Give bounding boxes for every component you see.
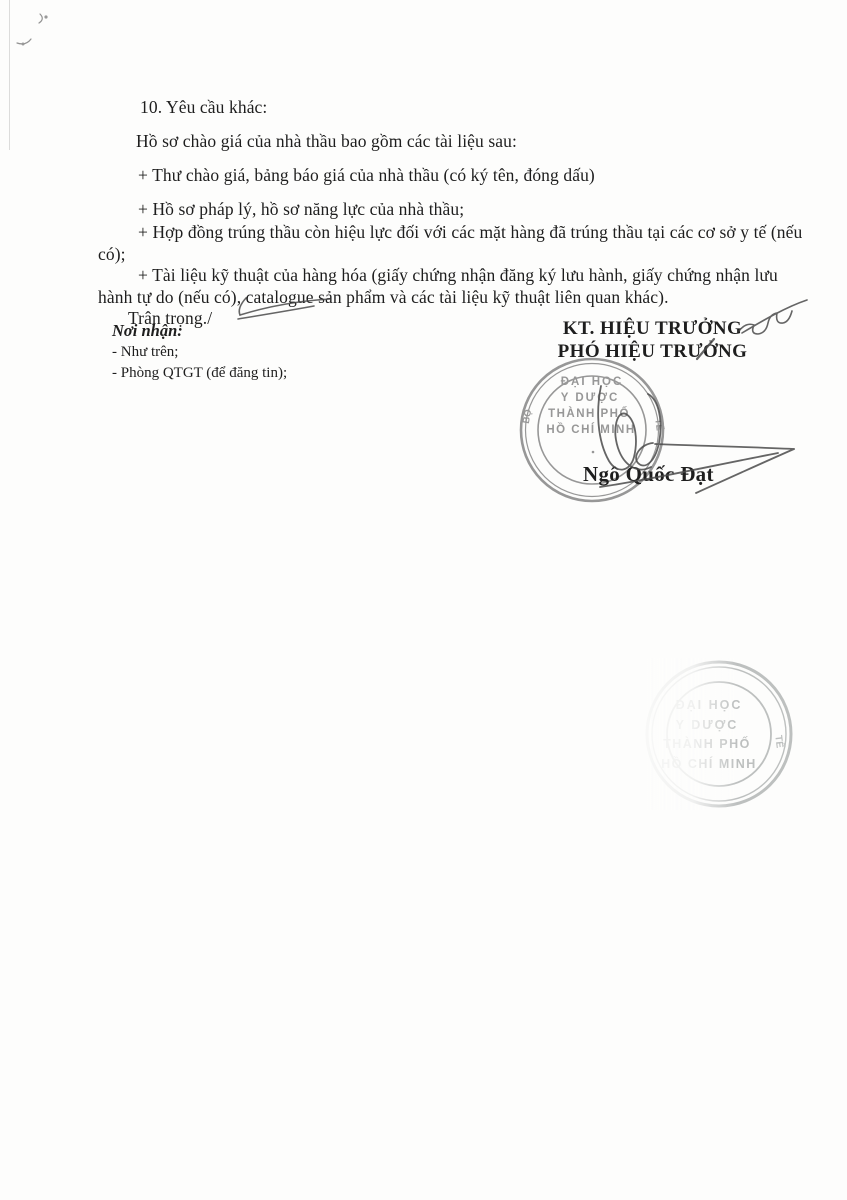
list-item: + Thư chào giá, bảng báo giá của nhà thầ… (98, 165, 808, 187)
stamp-dot (592, 451, 595, 454)
stamp-text-line4: HỒ CHÍ MINH (546, 423, 635, 436)
recipient-item: - Như trên; (112, 343, 287, 361)
corner-marks (17, 14, 48, 46)
list-item: + Tài liệu kỹ thuật của hàng hóa (giấy c… (98, 265, 808, 308)
faded-stamp: ĐẠI HỌC Y DƯỢC THÀNH PHỐ HỒ CHÍ MINH TẾ (643, 658, 795, 810)
list-item: + Hợp đồng trúng thầu còn hiệu lực đối v… (98, 222, 808, 265)
stamp-fade-mask (643, 658, 795, 810)
signer-title-1: KT. HIỆU TRƯỞNG (505, 317, 800, 340)
list-item: + Hồ sơ pháp lý, hồ sơ năng lực của nhà … (98, 199, 808, 221)
intro-line: Hồ sơ chào giá của nhà thầu bao gồm các … (98, 131, 808, 153)
scan-edge-artifact (9, 0, 10, 150)
recipients-block: Nơi nhận: - Như trên; - Phòng QTGT (để đ… (112, 322, 287, 385)
recipient-item: - Phòng QTGT (để đăng tin); (112, 364, 287, 382)
stamp-ring-text-right: TẾ (652, 418, 664, 431)
stamp-ring-text-left: BỘ (520, 408, 534, 424)
stamp-text-line1: ĐẠI HỌC (561, 376, 624, 388)
scanned-document-page: 10. Yêu cầu khác: Hồ sơ chào giá của nhà… (0, 0, 847, 1200)
stamp-text-line2: Y DƯỢC (561, 392, 620, 404)
section-heading: 10. Yêu cầu khác: (98, 97, 808, 119)
signer-name: Ngô Quốc Đạt (583, 462, 714, 487)
recipients-label: Nơi nhận: (112, 322, 287, 340)
stamp-text-line3: THÀNH PHỐ (548, 406, 630, 420)
document-body: 10. Yêu cầu khác: Hồ sơ chào giá của nhà… (98, 97, 808, 330)
